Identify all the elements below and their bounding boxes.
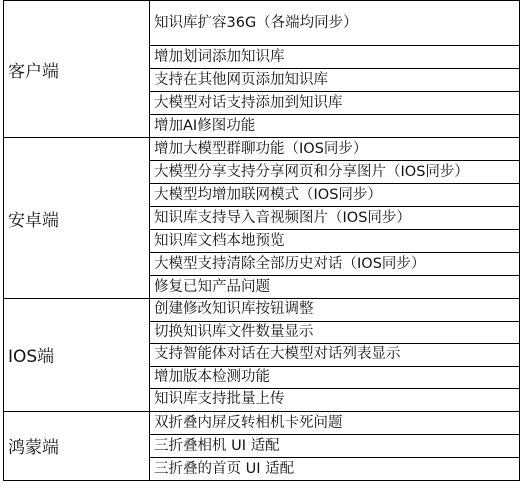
feature-item: 切换知识库文件数量显示 (150, 321, 520, 344)
table-row: IOS端 创建修改知识库按钮调整 (4, 299, 520, 322)
platform-label-ios: IOS端 (4, 299, 150, 412)
feature-item: 创建修改知识库按钮调整 (150, 299, 520, 322)
table-row: 鸿蒙端 双折叠内屏反转相机卡死问题 (4, 411, 520, 434)
table-row: 安卓端 增加大模型群聊功能（IOS同步） (4, 138, 520, 161)
feature-item: 大模型分享支持分享网页和分享图片（IOS同步） (150, 161, 520, 184)
feature-item: 大模型均增加联网模式（IOS同步） (150, 184, 520, 207)
platform-label-android: 安卓端 (4, 138, 150, 299)
feature-item: 支持智能体对话在大模型对话列表显示 (150, 344, 520, 367)
platform-label-harmonyos: 鸿蒙端 (4, 411, 150, 480)
feature-item: 增加大模型群聊功能（IOS同步） (150, 138, 520, 161)
feature-item: 三折叠的首页 UI 适配 (150, 457, 520, 480)
feature-item: 知识库文档本地预览 (150, 230, 520, 253)
feature-item: 三折叠相机 UI 适配 (150, 434, 520, 457)
table-row: 客户端 知识库扩容36G（各端均同步） (4, 1, 520, 46)
feature-item: 知识库支持导入音视频图片（IOS同步） (150, 207, 520, 230)
feature-item: 增加版本检测功能 (150, 366, 520, 389)
feature-item: 增加AI修图功能 (150, 115, 520, 138)
feature-item: 双折叠内屏反转相机卡死问题 (150, 411, 520, 434)
feature-item: 知识库支持批量上传 (150, 389, 520, 412)
feature-item: 支持在其他网页添加知识库 (150, 69, 520, 92)
feature-item: 修复已知产品问题 (150, 276, 520, 299)
feature-item: 增加划词添加知识库 (150, 46, 520, 69)
platform-label-client: 客户端 (4, 1, 150, 138)
feature-item: 知识库扩容36G（各端均同步） (150, 1, 520, 46)
feature-item: 大模型支持清除全部历史对话（IOS同步） (150, 253, 520, 276)
release-notes-table: 客户端 知识库扩容36G（各端均同步） 增加划词添加知识库 支持在其他网页添加知… (3, 0, 520, 481)
feature-item: 大模型对话支持添加到知识库 (150, 92, 520, 115)
